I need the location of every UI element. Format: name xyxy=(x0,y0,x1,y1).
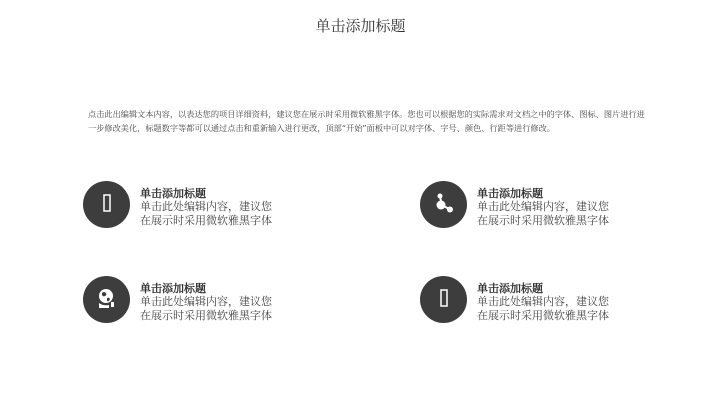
icon-circle xyxy=(420,181,467,228)
slide-title[interactable]: 单击添加标题 xyxy=(0,15,721,36)
feature-item-3: 单击添加标题 单击此处编辑内容，建议您 在展示时采用微软雅黑字体 xyxy=(83,276,343,326)
item-desc-line2[interactable]: 在展示时采用微软雅黑字体 xyxy=(140,214,340,228)
placeholder-box-icon xyxy=(102,193,112,217)
item-desc-line2[interactable]: 在展示时采用微软雅黑字体 xyxy=(140,309,340,323)
icon-circle xyxy=(420,276,467,323)
placeholder-box-icon xyxy=(439,288,449,312)
feature-item-2: 单击添加标题 单击此处编辑内容，建议您 在展示时采用微软雅黑字体 xyxy=(420,181,680,231)
item-desc-line1[interactable]: 单击此处编辑内容，建议您 xyxy=(140,295,340,309)
icon-circle xyxy=(83,276,130,323)
item-title[interactable]: 单击添加标题 xyxy=(140,188,340,200)
item-desc-line1[interactable]: 单击此处编辑内容，建议您 xyxy=(477,200,677,214)
item-title[interactable]: 单击添加标题 xyxy=(477,188,677,200)
share-nodes-icon xyxy=(431,190,457,220)
item-desc-line1[interactable]: 单击此处编辑内容，建议您 xyxy=(477,295,677,309)
globe-hand-icon xyxy=(94,285,120,315)
body-paragraph[interactable]: 点击此出编辑文本内容，以表达您的项目详细资料，建议您在展示时采用微软雅黑字体。您… xyxy=(88,108,648,135)
item-desc-line2[interactable]: 在展示时采用微软雅黑字体 xyxy=(477,309,677,323)
item-desc-line2[interactable]: 在展示时采用微软雅黑字体 xyxy=(477,214,677,228)
feature-item-1: 单击添加标题 单击此处编辑内容，建议您 在展示时采用微软雅黑字体 xyxy=(83,181,343,231)
item-desc-line1[interactable]: 单击此处编辑内容，建议您 xyxy=(140,200,340,214)
item-title[interactable]: 单击添加标题 xyxy=(140,283,340,295)
feature-item-4: 单击添加标题 单击此处编辑内容，建议您 在展示时采用微软雅黑字体 xyxy=(420,276,680,326)
item-title[interactable]: 单击添加标题 xyxy=(477,283,677,295)
icon-circle xyxy=(83,181,130,228)
